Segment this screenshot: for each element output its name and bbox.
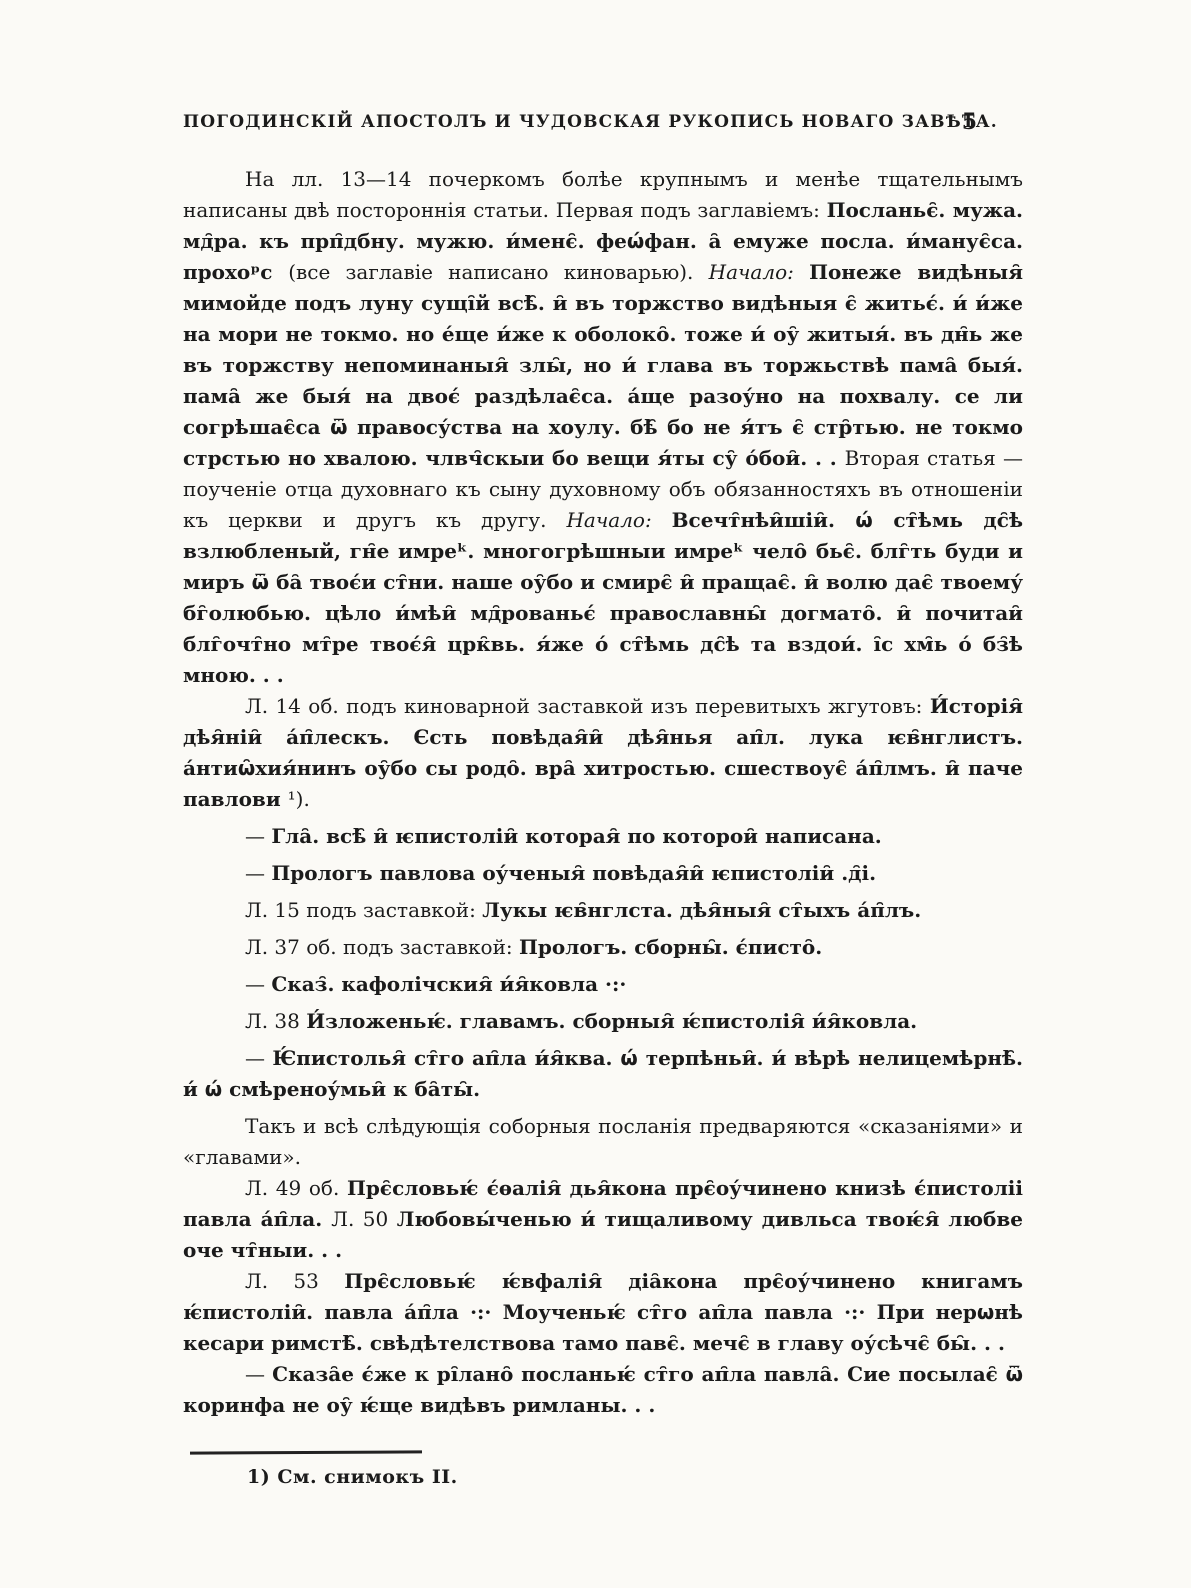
footnote-rule — [190, 1450, 422, 1454]
slavonic-quote: Сказ̑. кафолічския̑ и́я̑ковла ·:· — [271, 972, 626, 996]
paragraph: — Гла̑. всѣ̑ и̑ ѥпистоліи̑ которая̑ по к… — [183, 821, 1023, 852]
paragraph: — Сказ̑. кафолічския̑ и́я̑ковла ·:· — [183, 969, 1023, 1000]
page-header: ПОГОДИНСКІЙ АПОСТОЛЪ И ЧУДОВСКАЯ РУКОПИС… — [183, 112, 1023, 142]
footnote: 1) См. снимокъ II. — [247, 1466, 458, 1488]
paragraph: Л. 49 об. Прє̑словьѥ́ є́ѳалія̑ дья̑кона … — [183, 1173, 1023, 1266]
slavonic-quote: Ѥ́пистолья̑ ст̑го ап̑ла и́я̑ква. ѡ́ терп… — [183, 1046, 1023, 1101]
slavonic-quote: Сказа̑е є́же к рі̑лано̑ посланьѥ́ ст̑го … — [183, 1362, 1023, 1417]
italic-label: Начало: — [566, 508, 671, 532]
dash: — — [245, 1046, 272, 1070]
paragraph: Л. 15 подъ заставкой: Лукы ѥв̑нглста. дѣ… — [183, 895, 1023, 926]
paragraph: — Ѥ́пистолья̑ ст̑го ап̑ла и́я̑ква. ѡ́ те… — [183, 1043, 1023, 1105]
paragraph: Л. 14 об. подъ киноварной заставкой изъ … — [183, 691, 1023, 815]
page-number: 5 — [962, 109, 977, 135]
text-segment: Такъ и всѣ слѣдующія соборныя посланія п… — [183, 1114, 1023, 1169]
paragraph: Л. 37 об. подъ заставкой: Прологъ. сборн… — [183, 932, 1023, 963]
footnote-text: 1) См. снимокъ II. — [247, 1466, 458, 1488]
text-segment: Л. 50 — [331, 1207, 396, 1231]
text-segment: Л. 15 подъ заставкой: — [245, 898, 482, 922]
book-page: ПОГОДИНСКІЙ АПОСТОЛЪ И ЧУДОВСКАЯ РУКОПИС… — [0, 0, 1191, 1588]
paragraph: Л. 38 И́зложеньѥ́. главамъ. сборныя̑ ѥ́п… — [183, 1006, 1023, 1037]
slavonic-quote: Прологъ. сборны̑. є́писто̑. — [519, 935, 822, 959]
slavonic-quote: И́зложеньѥ́. главамъ. сборныя̑ ѥ́пистолі… — [306, 1009, 917, 1033]
text-segment: Л. 53 — [245, 1269, 344, 1293]
paragraph: — Сказа̑е є́же к рі̑лано̑ посланьѥ́ ст̑г… — [183, 1359, 1023, 1421]
running-title: ПОГОДИНСКІЙ АПОСТОЛЪ И ЧУДОВСКАЯ РУКОПИС… — [183, 112, 1023, 132]
paragraph: Такъ и всѣ слѣдующія соборныя посланія п… — [183, 1111, 1023, 1173]
slavonic-quote: Прологъ павлова оу́ченыя̑ повѣдая̑и̑ ѥпи… — [271, 861, 876, 885]
dash: — — [245, 861, 271, 885]
text-segment: Л. 38 — [245, 1009, 306, 1033]
page-body: На лл. 13—14 почеркомъ болѣе крупнымъ и … — [183, 164, 1023, 1421]
slavonic-quote: Всечт̑нѣи̑шіи̑. ѡ́ ст̑ѣмь дс̑ѣ взлюблены… — [183, 508, 1023, 687]
slavonic-quote: Понеже видѣныя̑ мимойде подъ луну сущі̑й… — [183, 260, 1023, 470]
paragraph: — Прологъ павлова оу́ченыя̑ повѣдая̑и̑ ѥ… — [183, 858, 1023, 889]
dash: — — [245, 1362, 272, 1386]
paragraph: Л. 53 Прє̑словьѥ́ ѥ́вфалія̑ діа̑кона прє… — [183, 1266, 1023, 1359]
text-segment: (все заглавіе написано киноварью). — [288, 260, 708, 284]
dash: — — [245, 972, 271, 996]
text-segment: Л. 14 об. подъ киноварной заставкой изъ … — [245, 694, 930, 718]
paragraph: На лл. 13—14 почеркомъ болѣе крупнымъ и … — [183, 164, 1023, 691]
text-segment: Л. 49 об. — [245, 1176, 347, 1200]
text-segment: Л. 37 об. подъ заставкой: — [245, 935, 519, 959]
italic-label: Начало: — [709, 260, 809, 284]
dash: — — [245, 824, 271, 848]
footnote-marker: ¹). — [288, 787, 310, 811]
slavonic-quote: Гла̑. всѣ̑ и̑ ѥпистоліи̑ которая̑ по кот… — [271, 824, 881, 848]
slavonic-quote: Лукы ѥв̑нглста. дѣя̑ныя̑ ст̑ыхъ а́п̑лъ. — [482, 898, 921, 922]
